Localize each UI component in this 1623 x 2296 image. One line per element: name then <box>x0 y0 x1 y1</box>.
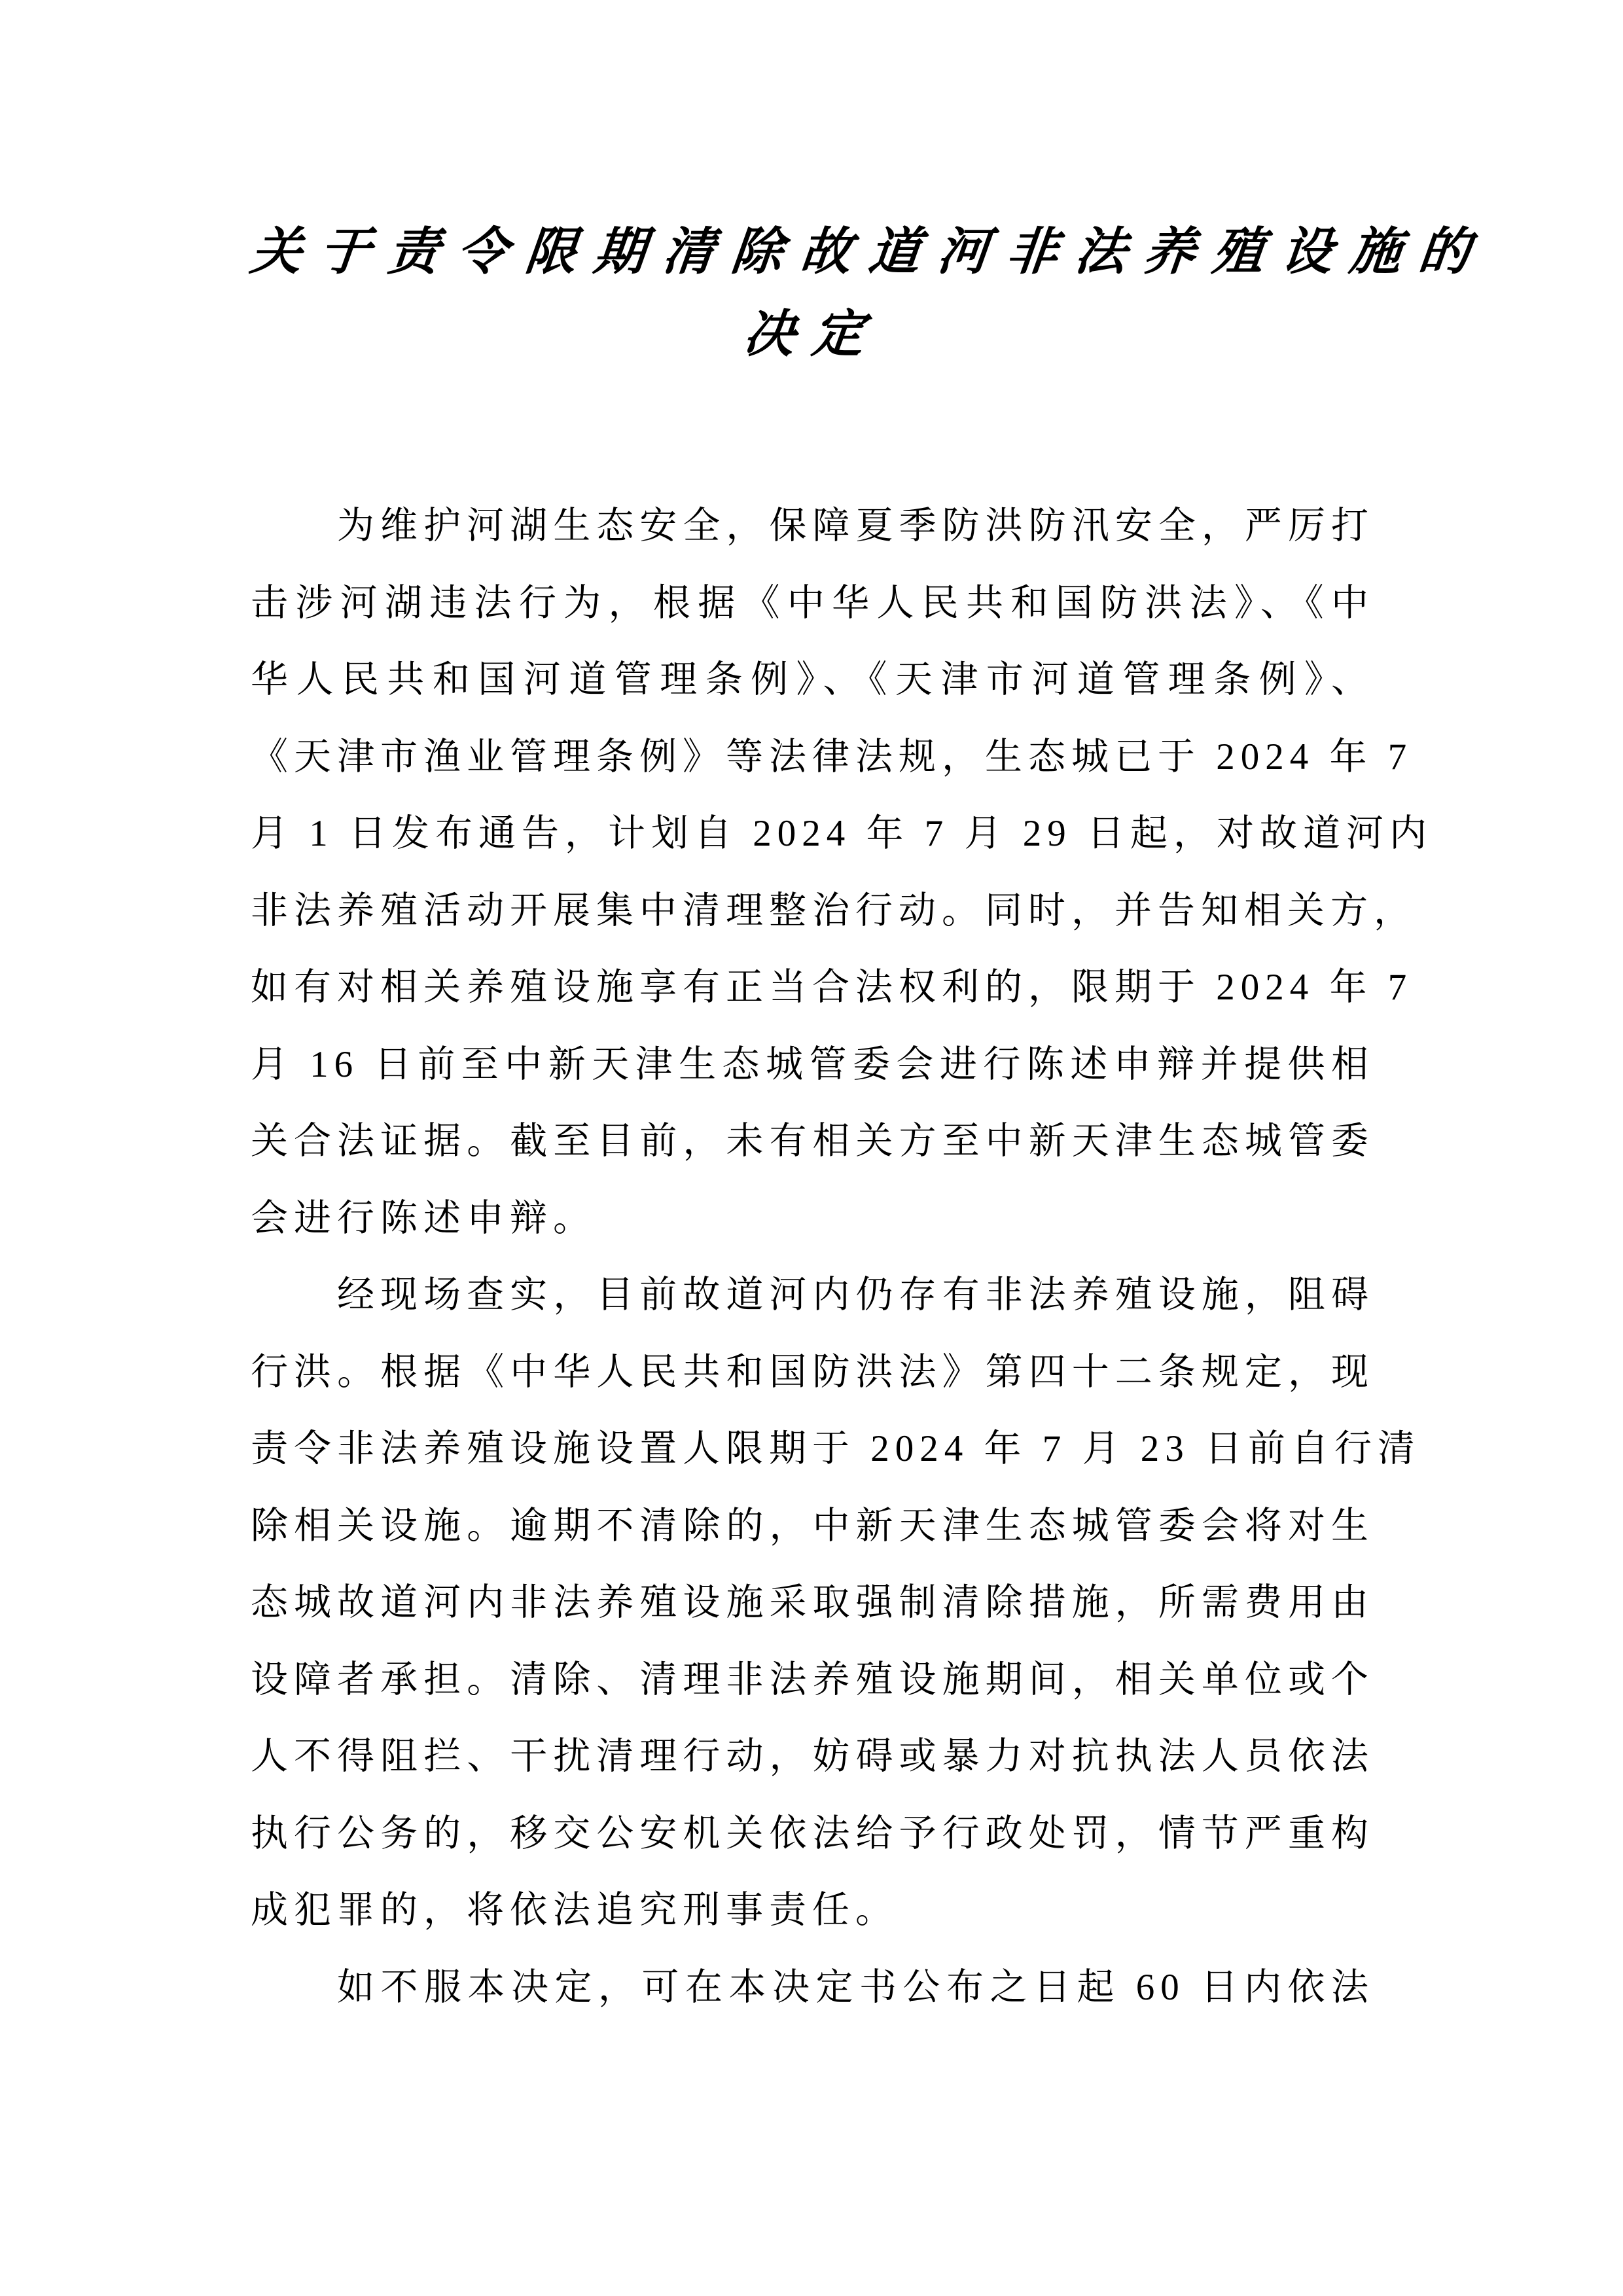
text-line: 华人民共和国河道管理条例》、《天津市河道管理条例》、 <box>251 641 1374 719</box>
text-line: 《天津市渔业管理条例》等法律法规，生态城已于 2024 年 7 <box>251 719 1374 796</box>
text-line: 设障者承担。清除、清理非法养殖设施期间，相关单位或个 <box>251 1641 1374 1719</box>
text-line: 除相关设施。逾期不清除的，中新天津生态城管委会将对生 <box>251 1488 1374 1565</box>
text-line: 非法养殖活动开展集中清理整治行动。同时，并告知相关方， <box>251 872 1374 950</box>
text-line: 如不服本决定，可在本决定书公布之日起 60 日内依法 <box>251 1949 1374 2026</box>
text-line: 关合法证据。截至目前，未有相关方至中新天津生态城管委 <box>251 1103 1374 1180</box>
text-line: 月 1 日发布通告，计划自 2024 年 7 月 29 日起，对故道河内 <box>251 795 1374 872</box>
text-line: 会进行陈述申辩。 <box>251 1180 1374 1257</box>
paragraph-3-appeal: 如不服本决定，可在本决定书公布之日起 60 日内依法 <box>251 1949 1374 2026</box>
document-title: 关于责令限期清除故道河非法养殖设施的 决定 <box>251 211 1374 376</box>
text-line: 为维护河湖生态安全，保障夏季防洪防汛安全，严厉打 <box>251 488 1374 565</box>
text-line: 人不得阻拦、干扰清理行动，妨碍或暴力对抗执法人员依法 <box>251 1718 1374 1795</box>
title-line-2: 决定 <box>246 293 1378 376</box>
text-line: 成犯罪的，将依法追究刑事责任。 <box>251 1872 1374 1949</box>
text-line: 行洪。根据《中华人民共和国防洪法》第四十二条规定，现 <box>251 1334 1374 1411</box>
paragraph-2-order: 经现场查实，目前故道河内仍存有非法养殖设施，阻碍 行洪。根据《中华人民共和国防洪… <box>251 1257 1374 1949</box>
text-line: 月 16 日前至中新天津生态城管委会进行陈述申辩并提供相 <box>251 1026 1374 1103</box>
text-line: 态城故道河内非法养殖设施采取强制清除措施，所需费用由 <box>251 1564 1374 1641</box>
text-line: 执行公务的，移交公安机关依法给予行政处罚，情节严重构 <box>251 1795 1374 1873</box>
document-body: 为维护河湖生态安全，保障夏季防洪防汛安全，严厉打 击涉河湖违法行为，根据《中华人… <box>251 488 1374 2026</box>
text-line: 责令非法养殖设施设置人限期于 2024 年 7 月 23 日前自行清 <box>251 1410 1374 1488</box>
text-line: 如有对相关养殖设施享有正当合法权利的，限期于 2024 年 7 <box>251 949 1374 1026</box>
document-page: 关于责令限期清除故道河非法养殖设施的 决定 为维护河湖生态安全，保障夏季防洪防汛… <box>0 0 1623 2296</box>
text-line: 经现场查实，目前故道河内仍存有非法养殖设施，阻碍 <box>251 1257 1374 1334</box>
title-line-1: 关于责令限期清除故道河非法养殖设施的 <box>246 211 1378 293</box>
text-line: 击涉河湖违法行为，根据《中华人民共和国防洪法》、《中 <box>251 565 1374 642</box>
paragraph-1-background: 为维护河湖生态安全，保障夏季防洪防汛安全，严厉打 击涉河湖违法行为，根据《中华人… <box>251 488 1374 1257</box>
